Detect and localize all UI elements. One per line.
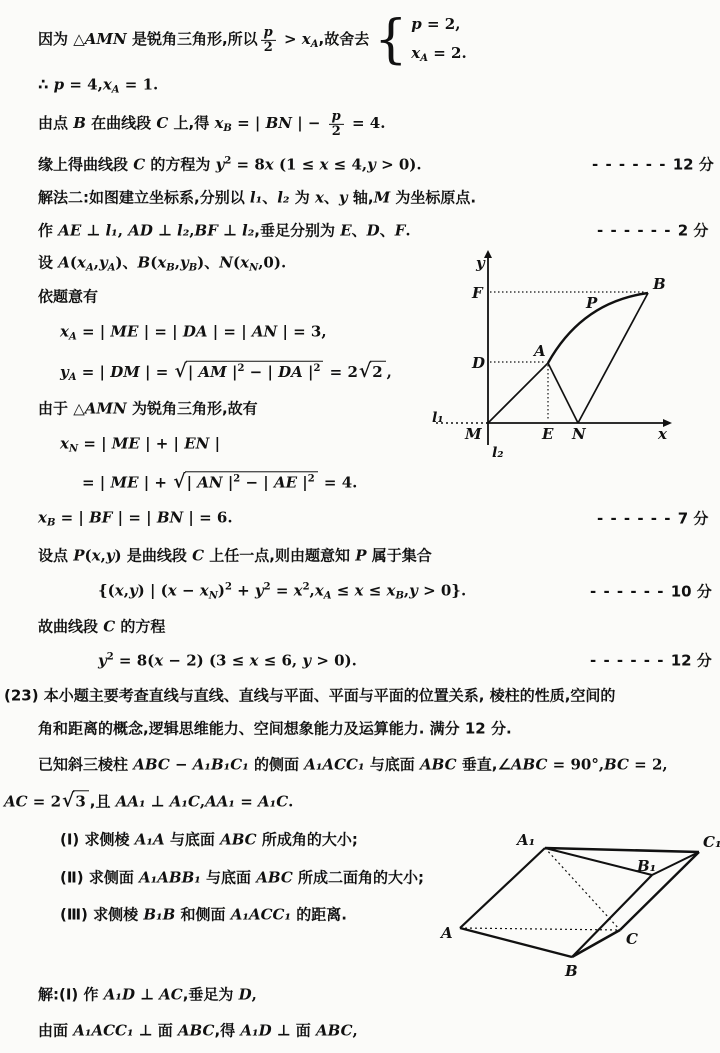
prism-figure: A₁ C₁ B₁ A C B: [435, 825, 720, 983]
text-segment: 垂直,: [462, 756, 498, 774]
text-segment: = 4,: [64, 75, 103, 93]
text-segment: .: [405, 222, 410, 240]
text-segment: A₁D: [240, 1022, 271, 1040]
figure1-label-B: B: [652, 275, 666, 293]
text-segment: l₂: [242, 222, 254, 240]
text-segment: = 2: [324, 363, 357, 381]
text-segment: y: [180, 253, 189, 271]
text-segment: B: [189, 262, 197, 273]
text-segment: (Ⅰ) 求侧棱: [60, 831, 135, 849]
text-line: 由面 A₁ACC₁ ⊥ 面 ABC,得 A₁D ⊥ 面 ABC,: [38, 1022, 358, 1041]
edge-A1A: [460, 848, 545, 928]
text-segment: x: [315, 189, 324, 207]
text-segment: l₂: [177, 222, 189, 240]
text-segment: 面: [296, 1022, 316, 1040]
figure2-label-A: A: [439, 924, 453, 942]
figure1-label-A: A: [532, 342, 546, 360]
text-segment: BN: [157, 508, 183, 526]
text-segment: y: [339, 189, 353, 207]
text-segment: 是锐角三角形,所以: [132, 30, 258, 48]
text-segment: A: [324, 590, 332, 601]
text-segment: A: [69, 331, 77, 342]
text-segment: - - - - - -: [590, 652, 671, 670]
figure1-label-M: M: [464, 425, 482, 443]
text-segment: ,: [353, 1022, 358, 1040]
square-root: √| AM |2 − | DA |2: [175, 360, 324, 383]
text-segment: AM: [199, 363, 227, 381]
text-segment: C: [103, 618, 120, 636]
edge-BB1: [572, 875, 652, 957]
segment-AN: [548, 363, 578, 423]
text-segment: x: [200, 581, 209, 599]
text-segment: p: [54, 75, 65, 93]
text-segment: − |: [244, 363, 278, 381]
text-segment: AE: [58, 222, 81, 240]
text-line: ∴ p = 4,xA = 1.: [38, 75, 158, 97]
text-segment: AN: [252, 322, 277, 340]
text-segment: = 4.: [347, 114, 386, 132]
text-segment: AE: [274, 473, 297, 491]
text-segment: AMN: [85, 30, 132, 48]
text-segment: A: [420, 53, 428, 64]
coordinate-figure-svg: y F B P A D E N M x l₁ l₂: [432, 250, 717, 462]
cases-row: p = 2,: [411, 15, 466, 34]
text-segment: 为: [295, 189, 315, 207]
text-segment: C: [156, 114, 173, 132]
text-segment: x: [38, 508, 47, 526]
text-segment: ⊥: [135, 986, 159, 1004]
text-segment: 与底面: [206, 869, 256, 887]
text-segment: ≤: [363, 581, 386, 599]
text-segment: 故曲线段: [38, 618, 103, 636]
text-segment: 12 分: [673, 156, 714, 174]
y-axis-arrow-icon: [484, 250, 492, 258]
text-segment: 面: [158, 1022, 178, 1040]
text-segment: = |: [82, 473, 110, 491]
text-segment: 的侧面: [254, 756, 304, 774]
text-segment: | = 6.: [183, 508, 232, 526]
text-segment: AC: [159, 986, 183, 1004]
text-segment: > 0}.: [418, 581, 466, 599]
text-segment: 为坐标原点.: [395, 189, 476, 207]
figure1-label-D: D: [471, 354, 485, 372]
text-segment: ≤ 6,: [258, 652, 302, 670]
cases-brace: {p = 2,xA = 2.: [374, 15, 466, 65]
text-segment: x: [157, 253, 166, 271]
text-segment: ⊥: [134, 1022, 158, 1040]
text-segment: 解法二:如图建立坐标系,分别以: [38, 189, 250, 207]
text-segment: 的方程为: [150, 156, 215, 174]
text-segment: x: [60, 434, 69, 452]
text-segment: |: [227, 363, 238, 381]
text-segment: = |: [232, 114, 266, 132]
text-segment: x: [92, 547, 101, 565]
text-segment: | = 3,: [277, 322, 326, 340]
text-segment: = |: [76, 363, 110, 381]
text-line: 角和距离的概念,逻辑思维能力、空间想象能力及运算能力. 满分 12 分.: [38, 720, 512, 739]
text-segment: = 2: [28, 792, 61, 810]
text-segment: x: [265, 156, 279, 174]
text-segment: C: [133, 156, 150, 174]
text-segment: AA₁: [116, 792, 146, 810]
text-line: 依题意有: [38, 288, 98, 307]
text-segment: = |: [78, 434, 112, 452]
text-line: yA = | DM | = √| AM |2 − | DA |2 = 2√2,: [60, 360, 392, 385]
text-segment: y: [367, 156, 376, 174]
text-segment: = 2,: [422, 15, 461, 33]
text-line: 作 AE ⊥ l₁, AD ⊥ l₂,BF ⊥ l₂,垂足分别为 E、D、F.: [38, 222, 411, 241]
text-line: 由于 △AMN 为锐角三角形,故有: [38, 400, 258, 419]
text-segment: ⊥: [153, 222, 177, 240]
text-segment: BN: [266, 114, 292, 132]
square-root: √2: [359, 360, 386, 383]
text-segment: C: [192, 547, 209, 565]
text-segment: = 8(: [114, 652, 155, 670]
text-segment: 、: [123, 253, 138, 271]
text-segment: = 2.: [428, 44, 467, 62]
text-segment: | +: [139, 473, 173, 491]
text-segment: AN: [197, 473, 222, 491]
text-segment: ABC: [220, 831, 262, 849]
text-line: 缘上得曲线段 C 的方程为 y2 = 8x (1 ≤ x ≤ 4,y > 0).: [38, 156, 422, 175]
text-segment: ⊥: [146, 792, 170, 810]
text-segment: ,垂足分别为: [254, 222, 340, 240]
text-segment: − 2) (3 ≤: [163, 652, 249, 670]
text-segment: A₁B₁C₁: [193, 756, 254, 774]
edge-CC1: [620, 852, 699, 930]
text-segment: P: [73, 547, 84, 565]
text-segment: 10 分: [671, 583, 712, 601]
text-segment: A: [112, 84, 120, 95]
text-segment: A₁ACC₁: [231, 906, 297, 924]
text-segment: 与底面: [370, 756, 420, 774]
text-segment: l₁: [105, 222, 117, 240]
text-line: 故曲线段 C 的方程: [38, 618, 165, 637]
text-segment: ⊥: [218, 222, 242, 240]
segment-NB: [578, 293, 648, 423]
text-line: = | ME | + √| AN |2 − | AE |2 = 4.: [82, 470, 357, 493]
text-segment: ): [115, 547, 127, 565]
score-marker: - - - - - - 12 分: [592, 156, 714, 175]
curve-C: [548, 293, 648, 363]
edge-A1B1: [545, 848, 652, 875]
text-segment: (: [70, 253, 77, 271]
text-segment: = 90°,: [547, 756, 604, 774]
text-segment: 由点: [38, 114, 73, 132]
figure2-label-C: C: [626, 930, 638, 948]
text-segment: 、: [324, 189, 339, 207]
text-line: {(x,y) | (x − xN)2 + y2 = x2,xA ≤ x ≤ xB…: [98, 581, 466, 603]
text-segment: ABC: [316, 1022, 353, 1040]
text-segment: 2: [303, 581, 310, 592]
text-segment: - - - - - -: [597, 510, 678, 528]
figure1-label-l1: l₁: [432, 410, 443, 426]
text-segment: A₁D: [104, 986, 135, 1004]
text-segment: 2: [332, 124, 341, 139]
fraction: p2: [261, 26, 276, 54]
fraction: p2: [329, 110, 344, 138]
text-segment: B₁B: [143, 906, 180, 924]
text-segment: - - - - - -: [592, 156, 673, 174]
text-segment: B: [223, 123, 231, 134]
text-segment: | = |: [112, 508, 156, 526]
text-segment: 的距离.: [296, 906, 347, 924]
text-segment: - - - - - -: [597, 222, 678, 240]
text-segment: ABC: [511, 756, 548, 774]
text-segment: 解:(Ⅰ) 作: [38, 986, 104, 1004]
text-segment: =: [271, 581, 294, 599]
score-marker: - - - - - - 7 分: [597, 510, 708, 529]
text-segment: BF: [89, 508, 112, 526]
text-segment: 缘上得曲线段: [38, 156, 133, 174]
text-segment: 2: [308, 473, 315, 484]
figure2-label-C1: C₁: [703, 833, 720, 851]
text-segment: |: [223, 473, 234, 491]
text-segment: 上,得: [174, 114, 215, 132]
text-segment: 所成二面角的大小;: [298, 869, 424, 887]
text-segment: ,故舍去: [319, 30, 370, 48]
text-segment: y: [409, 581, 418, 599]
text-segment: 2 分: [678, 222, 709, 240]
square-root: √3: [62, 789, 89, 812]
text-line: (Ⅱ) 求侧面 A₁ABB₁ 与底面 ABC 所成二面角的大小;: [60, 869, 424, 888]
text-segment: A₁A: [135, 831, 170, 849]
segment-MA: [488, 363, 548, 423]
text-segment: A₁C: [170, 792, 200, 810]
text-segment: 的方程: [120, 618, 165, 636]
text-line: 已知斜三棱柱 ABC − A₁B₁C₁ 的侧面 A₁ACC₁ 与底面 ABC 垂…: [38, 756, 668, 775]
text-segment: | + |: [140, 434, 184, 452]
text-segment: x: [315, 581, 324, 599]
text-segment: +: [232, 581, 255, 599]
text-segment: 、: [380, 222, 395, 240]
text-segment: N: [69, 443, 78, 454]
text-segment: DA: [183, 322, 208, 340]
text-segment: = 1.: [120, 75, 159, 93]
text-segment: ,且: [90, 792, 116, 810]
text-segment: x: [240, 253, 249, 271]
text-segment: 轴,: [353, 189, 374, 207]
text-segment: p: [264, 25, 273, 40]
text-segment: (1 ≤: [279, 156, 320, 174]
text-segment: l₂: [277, 189, 295, 207]
text-segment: A₁ABB₁: [139, 869, 206, 887]
edge-B1C1: [652, 852, 699, 875]
text-segment: A₁ACC₁: [304, 756, 370, 774]
square-root: √| AN |2 − | AE |2: [173, 470, 317, 493]
text-segment: x: [294, 581, 303, 599]
text-segment: ): [115, 253, 122, 271]
text-segment: x: [60, 322, 69, 340]
text-line: (Ⅰ) 求侧棱 A₁A 与底面 ABC 所成角的大小;: [60, 831, 358, 850]
text-segment: ABC: [133, 756, 170, 774]
text-segment: ,: [387, 363, 392, 381]
figure2-label-A1: A₁: [515, 831, 535, 849]
cases-row: xA = 2.: [411, 44, 466, 66]
text-segment: −: [177, 581, 200, 599]
text-segment: (Ⅱ) 求侧面: [60, 869, 139, 887]
edge-A1C1: [545, 848, 699, 852]
text-segment: ≤: [332, 581, 355, 599]
text-segment: = |: [55, 508, 89, 526]
text-segment: p: [411, 15, 422, 33]
dashed-A1C: [545, 848, 620, 930]
text-segment: − |: [240, 473, 274, 491]
figure2-label-B: B: [564, 962, 578, 980]
text-segment: 和侧面: [181, 906, 231, 924]
text-segment: M: [374, 189, 396, 207]
text-line: 解:(Ⅰ) 作 A₁D ⊥ AC,垂足为 D,: [38, 986, 257, 1005]
coordinate-figure: y F B P A D E N M x l₁ l₂: [432, 250, 717, 462]
text-segment: ∴: [38, 75, 54, 93]
text-segment: A: [311, 39, 319, 50]
text-segment: ABC: [178, 1022, 215, 1040]
text-segment: 属于集合: [372, 547, 432, 565]
text-segment: | = |: [208, 322, 252, 340]
text-segment: > 0).: [376, 156, 422, 174]
text-segment: (23) 本小题主要考查直线与直线、直线与平面、平面与平面的位置关系, 棱柱的性…: [4, 687, 615, 705]
text-segment: ≤ 4,: [328, 156, 367, 174]
text-segment: ABC: [420, 756, 462, 774]
score-marker: - - - - - - 2 分: [597, 222, 708, 241]
text-segment: 设点: [38, 547, 73, 565]
text-segment: |: [303, 363, 314, 381]
text-segment: y: [60, 363, 69, 381]
text-segment: 2: [107, 652, 114, 663]
text-line: xA = | ME | = | DA | = | AN | = 3,: [60, 322, 327, 344]
text-segment: 所成角的大小;: [262, 831, 358, 849]
score-marker: - - - - - - 10 分: [590, 583, 712, 602]
text-segment: A: [58, 253, 70, 271]
text-segment: (Ⅲ) 求侧棱: [60, 906, 143, 924]
text-segment: AD: [128, 222, 153, 240]
text-segment: =: [235, 792, 258, 810]
text-segment: ,0).: [258, 253, 286, 271]
text-segment: ): [218, 581, 225, 599]
text-line: 由点 B 在曲线段 C 上,得 xB = | BN | − p2 = 4.: [38, 110, 385, 138]
text-segment: 是曲线段: [127, 547, 192, 565]
text-segment: ,垂足为: [183, 986, 239, 1004]
figure1-label-l2: l₂: [492, 445, 503, 461]
text-segment: DM: [110, 363, 140, 381]
text-line: xB = | BF | = | BN | = 6.: [38, 508, 233, 530]
text-segment: 角和距离的概念,逻辑思维能力、空间想象能力及运算能力. 满分 12 分.: [38, 720, 512, 738]
text-segment: −: [170, 756, 193, 774]
text-segment: 与底面: [170, 831, 220, 849]
text-segment: |: [187, 473, 198, 491]
text-segment: 由于: [38, 400, 73, 418]
text-segment: |: [209, 434, 220, 452]
text-segment: ME: [110, 322, 138, 340]
text-segment: x: [168, 581, 177, 599]
edge-BC: [572, 930, 620, 957]
text-segment: 、: [262, 189, 277, 207]
text-segment: .: [288, 792, 293, 810]
text-segment: ⊥: [272, 1022, 296, 1040]
text-segment: 2: [264, 581, 271, 592]
text-line: y2 = 8(x − 2) (3 ≤ x ≤ 6, y > 0).: [98, 652, 357, 671]
text-segment: A: [86, 262, 94, 273]
dashed-AC: [460, 928, 620, 930]
text-segment: 、: [352, 222, 367, 240]
text-segment: 2: [313, 363, 320, 374]
score-marker: - - - - - - 12 分: [590, 652, 712, 671]
text-segment: > 0).: [311, 652, 357, 670]
figure1-label-E: E: [541, 425, 554, 443]
text-segment: △: [73, 400, 85, 418]
text-segment: △: [73, 30, 85, 48]
text-line: 设点 P(x,y) 是曲线段 C 上任一点,则由题意知 P 属于集合: [38, 547, 432, 566]
text-segment: BC: [604, 756, 629, 774]
text-segment: = |: [77, 322, 111, 340]
text-segment: 2: [372, 363, 382, 381]
text-line: (Ⅲ) 求侧棱 B₁B 和侧面 A₁ACC₁ 的距离.: [60, 906, 347, 925]
text-segment: 3: [75, 792, 85, 810]
text-segment: B: [166, 262, 174, 273]
text-segment: ,: [252, 986, 257, 1004]
text-segment: {(: [98, 581, 115, 599]
text-line: (23) 本小题主要考查直线与直线、直线与平面、平面与平面的位置关系, 棱柱的性…: [4, 687, 615, 706]
text-segment: | = |: [138, 322, 182, 340]
prism-figure-svg: A₁ C₁ B₁ A C B: [435, 825, 720, 983]
text-segment: 作: [38, 222, 58, 240]
text-segment: l₁: [250, 189, 262, 207]
text-segment: P: [355, 547, 372, 565]
figure2-label-B1: B₁: [636, 857, 656, 875]
left-brace: {: [374, 18, 407, 62]
text-line: 解法二:如图建立坐标系,分别以 l₁、l₂ 为 x、y 轴,M 为坐标原点.: [38, 189, 476, 208]
text-segment: - - - - - -: [590, 583, 671, 601]
text-segment: = 2,: [629, 756, 668, 774]
text-segment: 7 分: [678, 510, 709, 528]
figure1-label-P: P: [585, 294, 598, 312]
text-segment: 2: [264, 40, 273, 55]
text-segment: y: [98, 652, 107, 670]
text-segment: y: [255, 581, 264, 599]
text-segment: EN: [184, 434, 209, 452]
text-segment: B: [395, 590, 403, 601]
text-segment: >: [279, 30, 302, 48]
text-segment: = 8: [231, 156, 264, 174]
text-segment: ⊥: [81, 222, 105, 240]
text-segment: 因为: [38, 30, 73, 48]
text-segment: D: [239, 986, 252, 1004]
text-segment: 2: [225, 581, 232, 592]
text-segment: ,得: [214, 1022, 240, 1040]
text-segment: x: [77, 253, 86, 271]
text-segment: (: [85, 547, 92, 565]
text-segment: x: [302, 30, 311, 48]
text-segment: B: [138, 253, 151, 271]
text-segment: N: [209, 590, 218, 601]
text-segment: ME: [110, 473, 138, 491]
text-segment: ABC: [256, 869, 298, 887]
text-segment: x: [154, 652, 163, 670]
text-segment: A₁C: [258, 792, 288, 810]
figure1-label-N: N: [571, 425, 587, 443]
text-segment: ME: [112, 434, 140, 452]
text-segment: 已知斜三棱柱: [38, 756, 133, 774]
text-segment: 12 分: [671, 652, 712, 670]
text-segment: | −: [292, 114, 326, 132]
text-segment: ,: [118, 222, 128, 240]
text-segment: AMN: [85, 400, 132, 418]
text-segment: x: [411, 44, 420, 62]
text-segment: x: [103, 75, 112, 93]
text-segment: x: [115, 581, 124, 599]
text-segment: 设: [38, 253, 58, 271]
text-segment: 依题意有: [38, 288, 98, 306]
